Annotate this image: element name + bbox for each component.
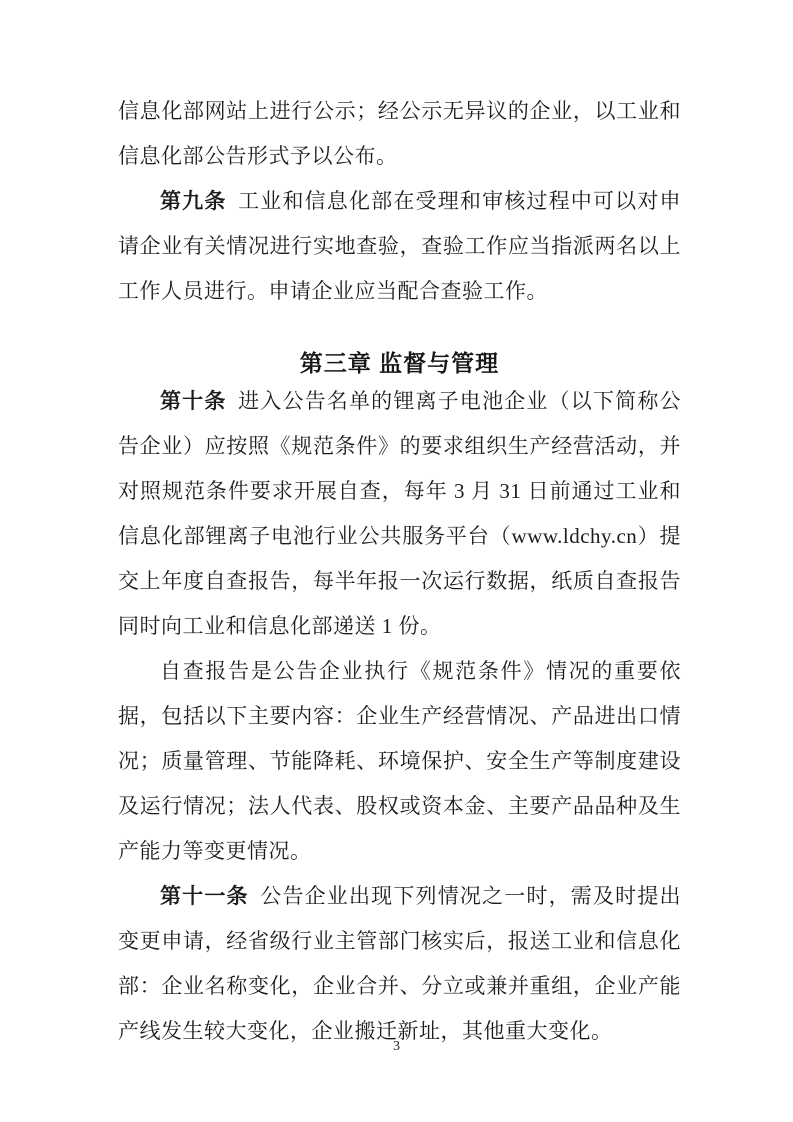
article-11-label: 第十一条 xyxy=(160,884,249,908)
paragraph-continuation: 信息化部网站上进行公示；经公示无异议的企业，以工业和信息化部公告形式予以公布。 xyxy=(118,89,681,179)
article-10-text: 进入公告名单的锂离子电池企业（以下简称公告企业）应按照《规范条件》的要求组织生产… xyxy=(118,389,681,638)
page-number: 3 xyxy=(0,1038,793,1056)
paragraph-article-9: 第九条工业和信息化部在受理和审核过程中可以对申请企业有关情况进行实地查验，查验工… xyxy=(118,179,681,314)
chapter-3-heading: 第三章 监督与管理 xyxy=(118,350,681,376)
document-body: 信息化部网站上进行公示；经公示无异议的企业，以工业和信息化部公告形式予以公布。 … xyxy=(118,89,681,1054)
document-page: 信息化部网站上进行公示；经公示无异议的企业，以工业和信息化部公告形式予以公布。 … xyxy=(0,0,793,1122)
paragraph-self-report: 自查报告是公告企业执行《规范条件》情况的重要依据，包括以下主要内容：企业生产经营… xyxy=(118,649,681,874)
article-10-label: 第十条 xyxy=(160,389,227,413)
article-9-label: 第九条 xyxy=(160,189,227,213)
paragraph-article-11: 第十一条公告企业出现下列情况之一时，需及时提出变更申请，经省级行业主管部门核实后… xyxy=(118,874,681,1054)
paragraph-article-10: 第十条进入公告名单的锂离子电池企业（以下简称公告企业）应按照《规范条件》的要求组… xyxy=(118,379,681,649)
